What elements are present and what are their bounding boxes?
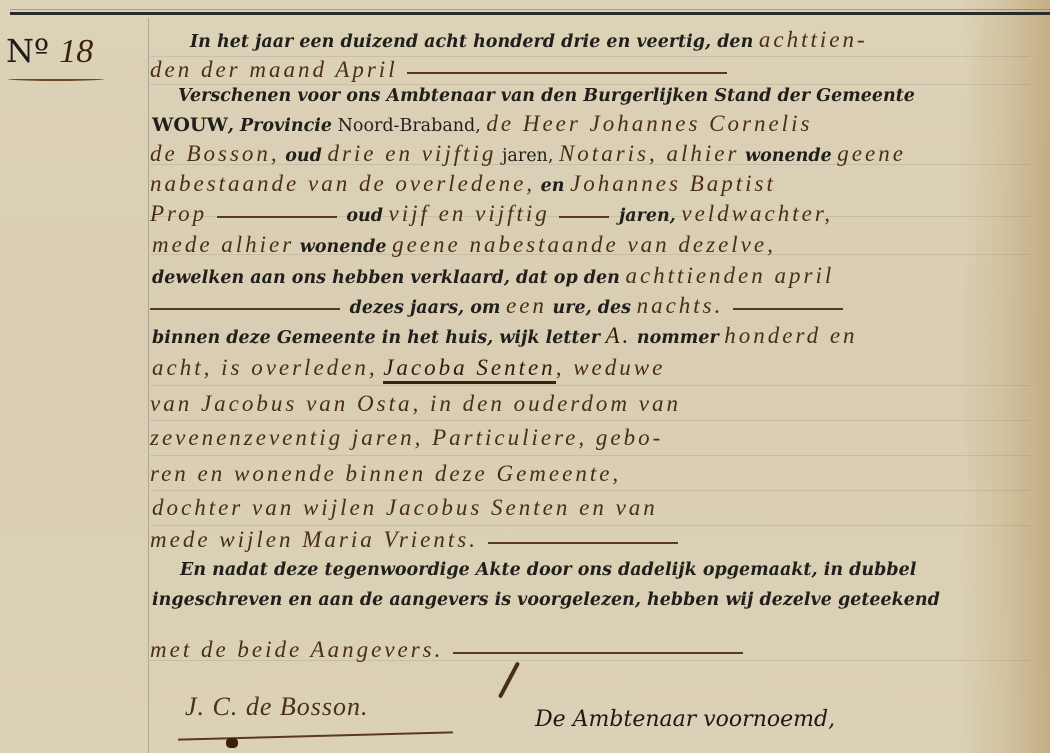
handwritten-text: Notaris, alhier <box>559 141 739 166</box>
handwritten-text: nabestaande van de overledene, <box>150 171 535 196</box>
record-number: Nº 18 <box>6 32 93 71</box>
handwritten-text: van Jacobus van Osta, in den ouderdom va… <box>150 391 681 416</box>
printed-text: wonende <box>745 146 832 166</box>
text-line: dewelken aan ons hebben verklaard, dat o… <box>152 262 834 292</box>
printed-text: Provincie <box>240 116 332 136</box>
text-line: binnen deze Gemeente in het huis, wijk l… <box>152 322 858 352</box>
fill-line <box>453 652 743 654</box>
text-line: Verschenen voor ons Ambtenaar van den Bu… <box>178 82 915 110</box>
top-thin-rule <box>10 9 1050 10</box>
printed-text: In het jaar een duizend acht honderd dri… <box>190 32 753 52</box>
signature-underline <box>178 731 453 740</box>
handwritten-text: A. <box>606 323 632 348</box>
printed-text: dezes jaars, om <box>350 298 501 318</box>
handwritten-text: de Heer Johannes Cornelis <box>486 111 812 136</box>
handwritten-text: mede wijlen Maria Vrients. <box>150 527 478 552</box>
printed-text: oud <box>285 146 322 166</box>
printed-text: jaren, <box>502 146 553 166</box>
text-line: In het jaar een duizend acht honderd dri… <box>190 26 868 56</box>
handwritten-text: nachts. <box>637 293 724 318</box>
number-underline <box>8 77 104 81</box>
handwritten-text: , weduwe <box>556 355 666 380</box>
ruled-line <box>150 455 1030 456</box>
handwritten-text: geene nabestaande van dezelve, <box>392 232 776 257</box>
handwritten-text: honderd en <box>724 323 857 348</box>
text-line: met de beide Aangevers. <box>150 636 747 666</box>
text-line: van Jacobus van Osta, in den ouderdom va… <box>150 390 681 420</box>
handwritten-text: acht, is overleden, <box>152 355 378 380</box>
number-value: 18 <box>59 33 93 70</box>
municipality: WOUW <box>152 114 228 136</box>
handwritten-text: de Bosson, <box>150 141 280 166</box>
handwritten-text: achttien- <box>759 27 868 52</box>
fill-line <box>407 72 727 74</box>
printed-text: ingeschreven en aan de aangevers is voor… <box>152 590 940 610</box>
text-line: de Bosson, oud drie en vijftig jaren, No… <box>150 140 906 170</box>
text-line: En nadat deze tegenwoordige Akte door on… <box>180 556 916 584</box>
handwritten-text: den der maand April <box>150 57 398 82</box>
fill-line <box>217 216 337 218</box>
handwritten-text: veldwachter, <box>681 201 833 226</box>
text-line: dochter van wijlen Jacobus Senten en van <box>152 494 658 524</box>
fill-line <box>559 216 609 218</box>
official-closing: De Ambtenaar voornoemd, <box>535 707 835 732</box>
printed-text: Verschenen voor ons Ambtenaar van den Bu… <box>178 86 915 106</box>
register-page: Nº 18 In het jaar een duizend acht honde… <box>0 0 1050 753</box>
text-line: mede wijlen Maria Vrients. <box>150 526 682 556</box>
ruled-line <box>150 490 1030 491</box>
text-line: ren en wonende binnen deze Gemeente, <box>150 460 621 490</box>
ruled-line <box>150 420 1030 421</box>
province: Noord-Braband, <box>338 116 481 136</box>
printed-text: binnen deze Gemeente in het huis, wijk l… <box>152 328 600 348</box>
fill-line <box>733 308 843 310</box>
text-line: Prop oud vijf en vijftig jaren, veldwach… <box>150 200 833 230</box>
printed-text: nommer <box>637 328 719 348</box>
fill-line <box>488 542 678 544</box>
fill-line <box>150 308 340 310</box>
number-label: Nº <box>6 32 49 70</box>
printed-text: En nadat deze tegenwoordige Akte door on… <box>180 560 916 580</box>
printed-text: en <box>541 176 565 196</box>
handwritten-text: vijf en vijftig <box>389 201 550 226</box>
text-line: acht, is overleden, Jacoba Senten, weduw… <box>152 354 665 384</box>
text-line: WOUW, Provincie Noord-Braband, de Heer J… <box>152 110 812 140</box>
text-line: dezes jaars, om een ure, des nachts. <box>150 292 847 322</box>
handwritten-text: dochter van wijlen Jacobus Senten en van <box>152 495 658 520</box>
handwritten-text: geene <box>837 141 906 166</box>
handwritten-text: drie en vijftig <box>327 141 496 166</box>
pen-flourish <box>498 661 520 698</box>
printed-text: dewelken aan ons hebben verklaard, dat o… <box>152 268 620 288</box>
printed-text: oud <box>346 206 383 226</box>
text-line: nabestaande van de overledene, en Johann… <box>150 170 776 200</box>
handwritten-text: met de beide Aangevers. <box>150 637 443 662</box>
handwritten-text: achttienden april <box>625 263 834 288</box>
handwritten-text: ren en wonende binnen deze Gemeente, <box>150 461 621 486</box>
ink-blot <box>226 738 238 748</box>
handwritten-text: Johannes Baptist <box>570 171 776 196</box>
printed-text: ure, des <box>553 298 632 318</box>
margin-rule <box>148 18 149 753</box>
handwritten-text: Prop <box>150 201 207 226</box>
deceased-name: Jacoba Senten <box>383 355 555 384</box>
top-rule <box>10 12 1050 15</box>
text-line: ingeschreven en aan de aangevers is voor… <box>152 586 940 614</box>
printed-text: jaren, <box>619 206 676 226</box>
handwritten-text: zevenenzeventig jaren, Particuliere, geb… <box>150 425 663 450</box>
printed-text: wonende <box>300 237 387 257</box>
ruled-line <box>150 385 1030 386</box>
witness-signature: J. C. de Bosson. <box>185 692 369 722</box>
handwritten-text: een <box>506 293 547 318</box>
text-line: mede alhier wonende geene nabestaande va… <box>152 231 776 261</box>
handwritten-text: mede alhier <box>152 232 294 257</box>
text-line: zevenenzeventig jaren, Particuliere, geb… <box>150 424 663 454</box>
